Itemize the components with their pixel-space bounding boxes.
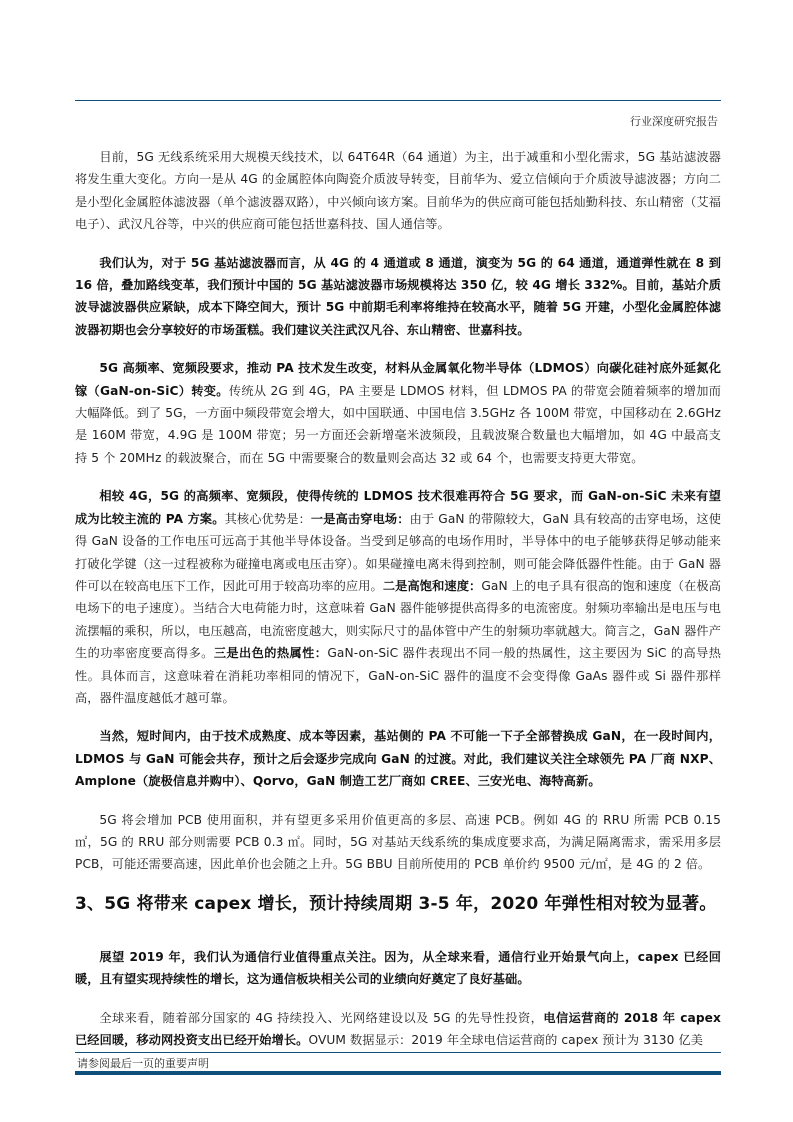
paragraph-gan-advantages: 相较 4G，5G 的高频率、宽频段，使得传统的 LDMOS 技术很难再符合 5G… [75, 485, 721, 709]
text-segment: 其核心优势是： [225, 512, 311, 526]
bold-text-segment: 我们认为，对于 5G 基站滤波器而言，从 4G 的 4 通道或 8 通道，演变为… [75, 256, 721, 337]
footer-disclaimer: 请参阅最后一页的重要声明 [77, 1055, 209, 1071]
footer-rule [75, 1052, 721, 1053]
text-segment: 5G 将会增加 PCB 使用面积，并有望更多采用价值更高的多层、高速 PCB。例… [75, 813, 721, 872]
paragraph-filter-view: 我们认为，对于 5G 基站滤波器而言，从 4G 的 4 通道或 8 通道，演变为… [75, 252, 721, 342]
paragraph-global-capex: 全球来看，随着部分国家的 4G 持续投入、光网络建设以及 5G 的先导性投资，电… [75, 1007, 721, 1052]
text-segment: 目前，5G 无线系统采用大规模天线技术，以 64T64R（64 通道）为主，出于… [75, 150, 721, 231]
bold-text-segment: 二是高饱和速度： [383, 579, 482, 593]
paragraph-filter-overview: 目前，5G 无线系统采用大规模天线技术，以 64T64R（64 通道）为主，出于… [75, 146, 721, 236]
text-segment: 全球来看，随着部分国家的 4G 持续投入、光网络建设以及 5G 的先导性投资， [99, 1011, 543, 1025]
bold-text-segment: 当然，短时间内，由于技术成熟度、成本等因素，基站侧的 PA 不可能一下子全部替换… [75, 729, 721, 788]
paragraph-pa-recommendation: 当然，短时间内，由于技术成熟度、成本等因素，基站侧的 PA 不可能一下子全部替换… [75, 725, 721, 792]
text-segment: OVUM 数据显示：2019 年全球电信运营商的 capex 预计为 3130 … [308, 1033, 703, 1047]
paragraph-pcb: 5G 将会增加 PCB 使用面积，并有望更多采用价值更高的多层、高速 PCB。例… [75, 809, 721, 876]
section-heading: 3、5G 将带来 capex 增长，预计持续周期 3-5 年，2020 年弹性相… [75, 892, 721, 916]
report-type-label: 行业深度研究报告 [630, 113, 718, 129]
bold-text-segment: 三是出色的热属性： [214, 646, 328, 660]
header-rule [75, 100, 721, 101]
paragraph-outlook-2019: 展望 2019 年，我们认为通信行业值得重点关注。因为，从全球来看，通信行业开始… [75, 946, 721, 991]
bold-text-segment: 一是高击穿电场： [311, 512, 410, 526]
bold-text-segment: 展望 2019 年，我们认为通信行业值得重点关注。因为，从全球来看，通信行业开始… [75, 950, 721, 986]
footer-bar [75, 1071, 721, 1075]
paragraph-pa-technology: 5G 高频率、宽频段要求，推动 PA 技术发生改变，材料从金属氧化物半导体（LD… [75, 357, 721, 469]
document-body: 目前，5G 无线系统采用大规模天线技术，以 64T64R（64 通道）为主，出于… [75, 146, 721, 1067]
